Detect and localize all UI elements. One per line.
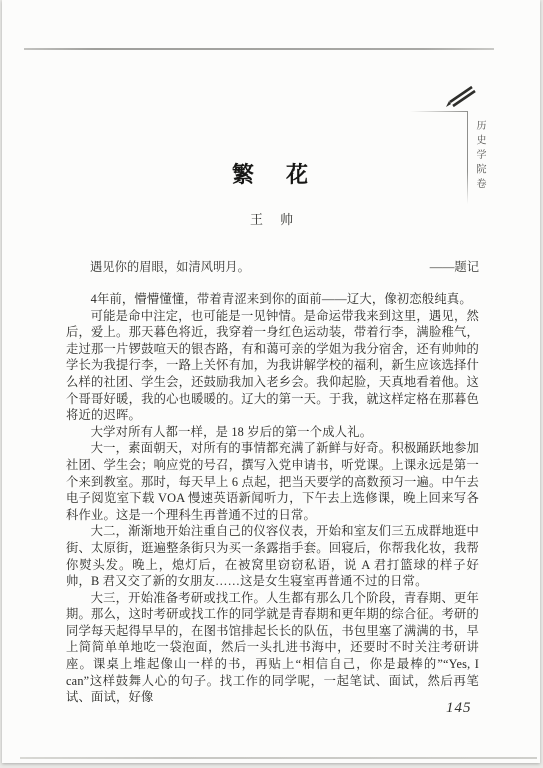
- top-rule: [24, 48, 494, 50]
- paragraph: 大一，素面朝天，对所有的事情都充满了新鲜与好奇。积极踊跃地参加社团、学生会；响应…: [66, 440, 479, 523]
- paragraph: 可能是命中注定，也可能是一见钟情。是命运带我来到这里，遇见，然后，爱上。那天暮色…: [66, 308, 479, 424]
- epigraph-text: 遇见你的眉眼，如清风明月。: [66, 257, 250, 275]
- article-author: 王 帅: [66, 209, 479, 228]
- book-page: 历史学院卷 繁 花 王 帅 遇见你的眉眼，如清风明月。 ——题记 4年前，懵懵懂…: [2, 0, 540, 763]
- paragraph: 大二，渐渐地开始注重自己的仪容仪表，开始和室友们三五成群地逛中街、太原街，逛遍整…: [66, 523, 479, 589]
- paragraph: 大三，开始准备考研或找工作。人生都有那么几个阶段，青春期、更年期。那么，这时考研…: [66, 590, 479, 706]
- bottom-rule: [20, 757, 537, 759]
- article-body: 4年前，懵懵懂懂，带着青涩来到你的面前——辽大，像初恋般纯真。 可能是命中注定，…: [66, 291, 479, 706]
- epigraph: 遇见你的眉眼，如清风明月。 ——题记: [66, 257, 479, 275]
- sidebar-frame-top: [410, 111, 468, 112]
- paragraph: 4年前，懵懵懂懂，带着青涩来到你的面前——辽大，像初恋般纯真。: [66, 291, 479, 308]
- pencil-icon: [440, 80, 476, 110]
- paragraph: 大学对所有人都一样，是 18 岁后的第一个成人礼。: [66, 424, 479, 441]
- epigraph-attribution: ——题记: [430, 257, 479, 275]
- page-number: 145: [446, 700, 472, 717]
- article-title: 繁 花: [66, 158, 479, 189]
